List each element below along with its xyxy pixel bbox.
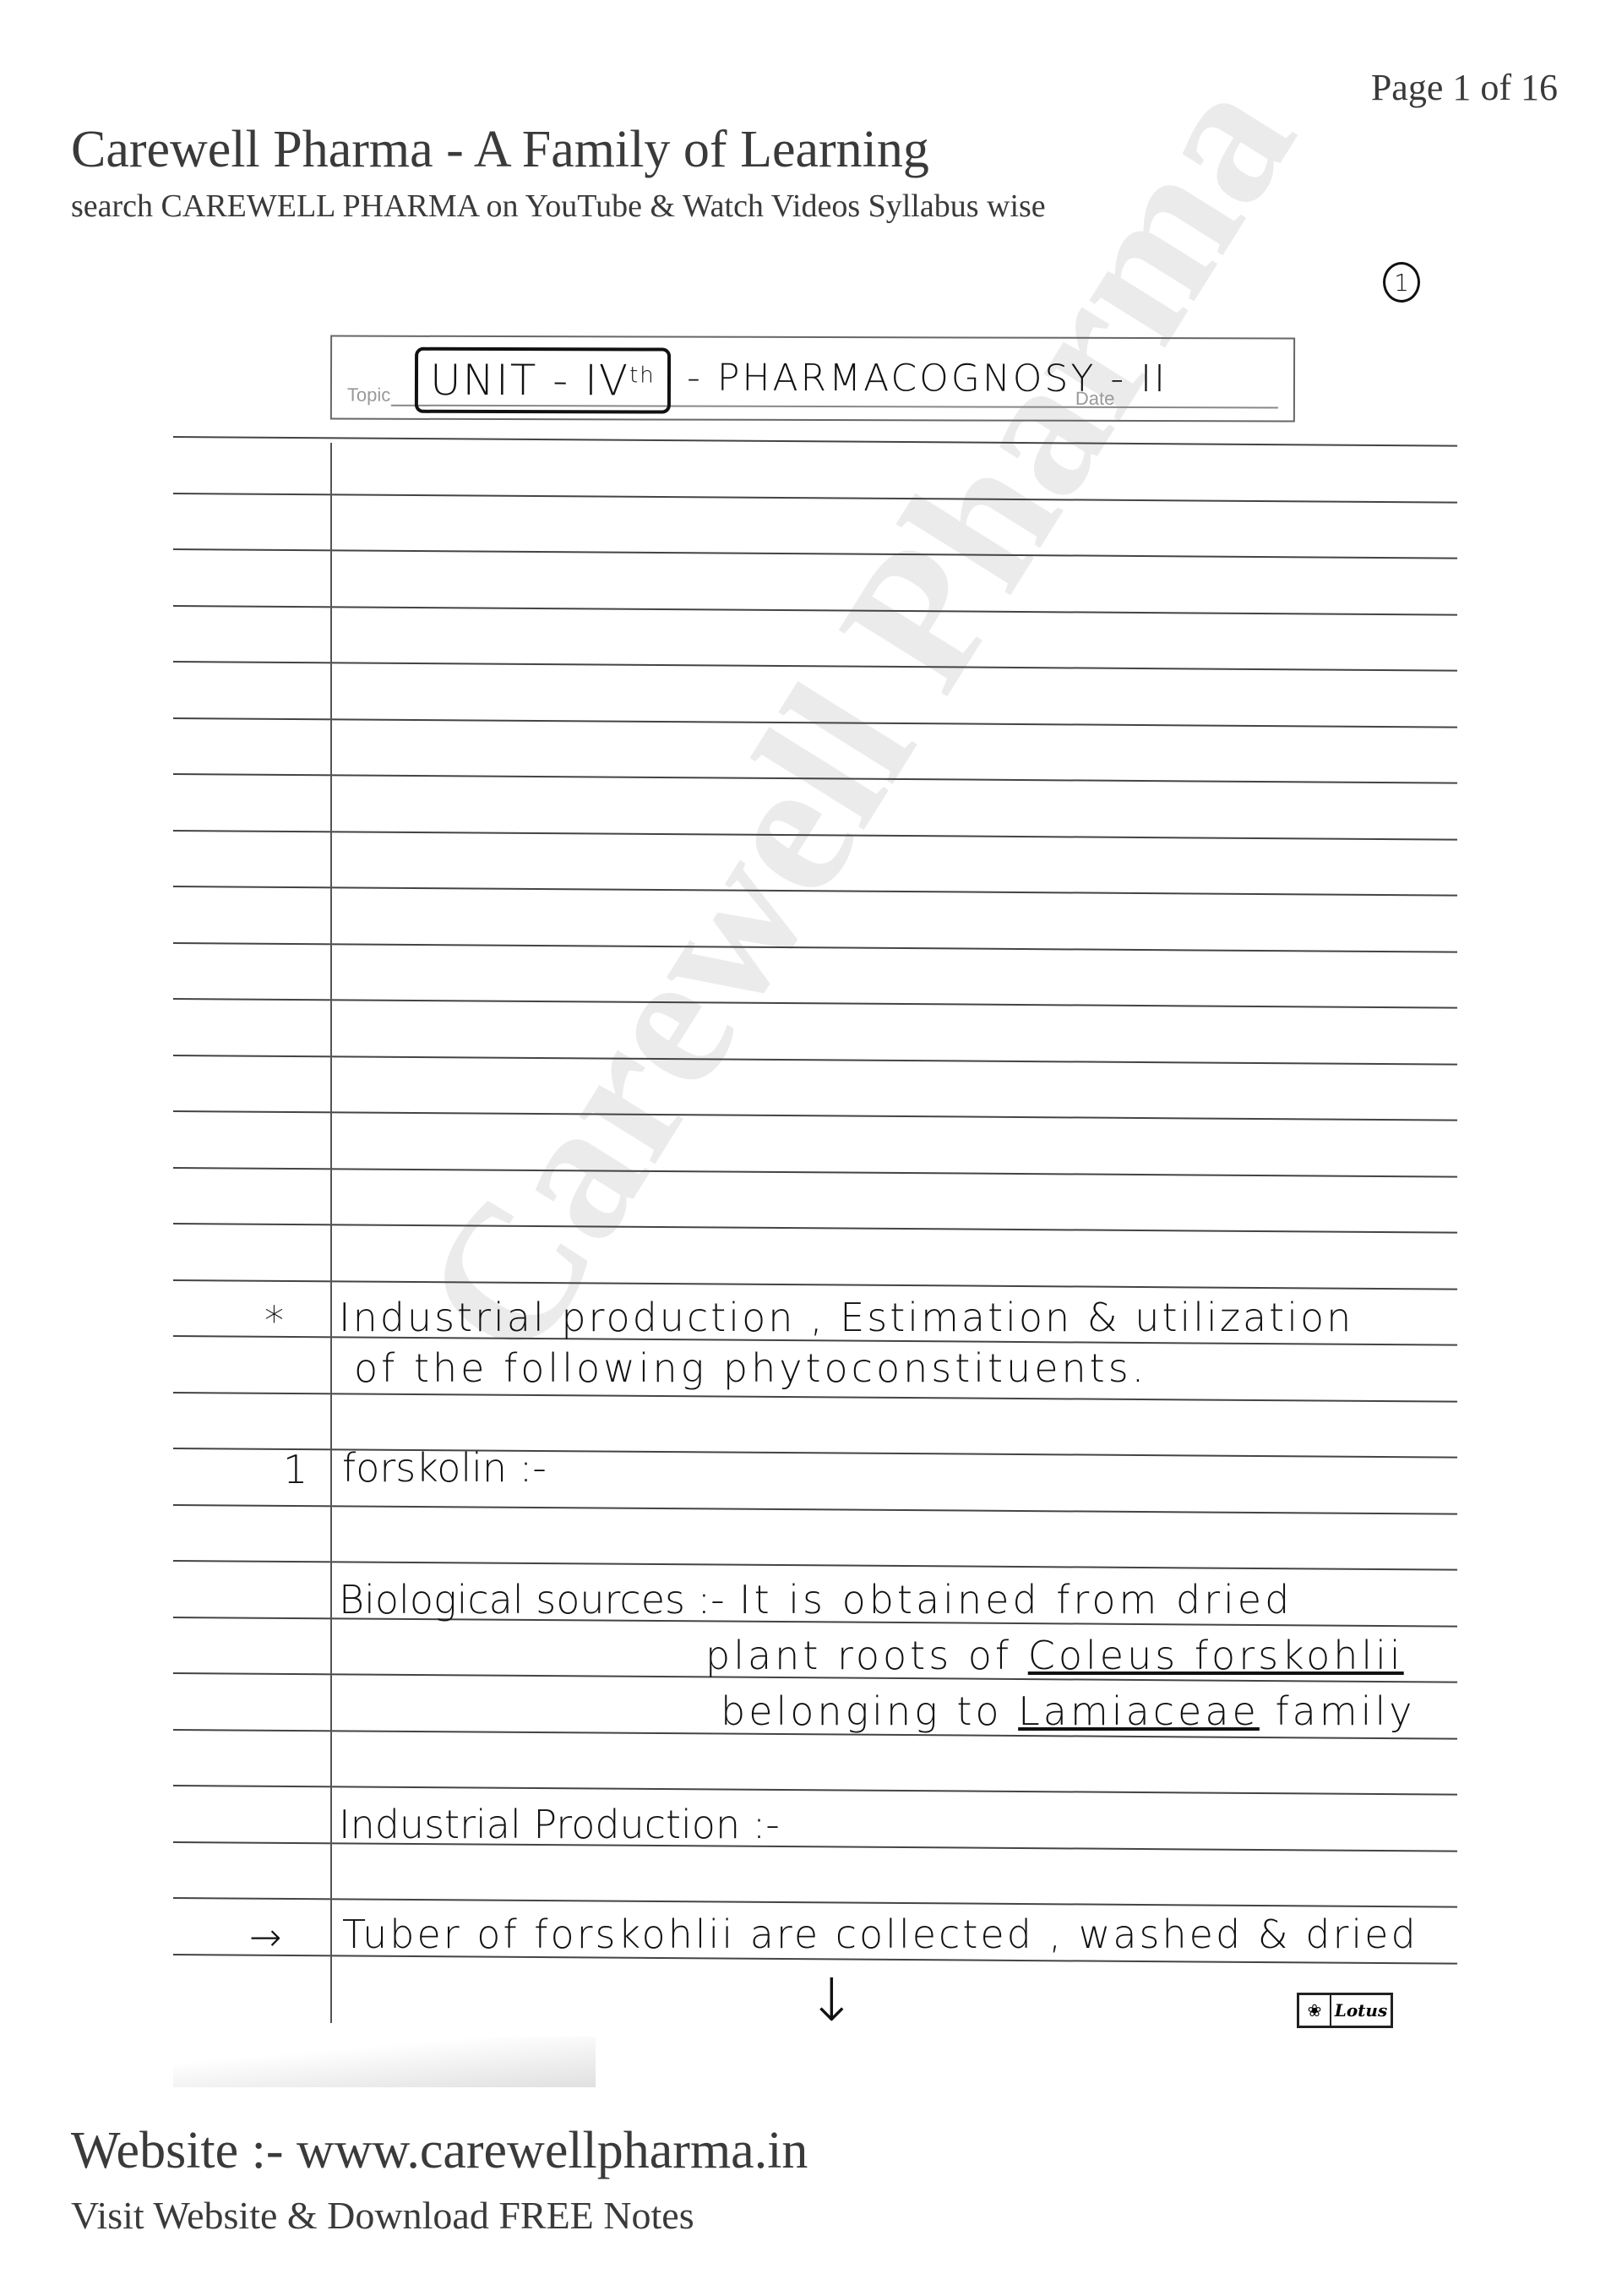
stamp-brand: Lotus: [1331, 1995, 1391, 2026]
unit-suffix: th: [629, 363, 656, 388]
ruled-line: [173, 605, 1457, 616]
footer-website: Website :- www.carewellpharma.in: [71, 2121, 808, 2181]
ruled-line: [173, 773, 1457, 784]
species-name: Coleus forskohlii: [1028, 1633, 1404, 1678]
heading-line-1: Industrial production , Estimation & uti…: [339, 1295, 1353, 1340]
watermark: Carewell Pharma: [376, 39, 1339, 1395]
lotus-icon: ❀: [1299, 1995, 1331, 2026]
topic-label: Topic: [347, 384, 390, 406]
ruled-line: [173, 1167, 1457, 1178]
bio-label: Biological sources :-: [339, 1577, 725, 1622]
ruled-line: [173, 1504, 1457, 1515]
production-heading: Industrial Production :-: [339, 1802, 780, 1847]
bio-line-3-end: family: [1260, 1688, 1416, 1734]
bio-line-3-text: belonging to: [721, 1688, 1018, 1734]
ruled-line: [173, 436, 1457, 447]
lotus-brand-stamp: ❀ Lotus: [1297, 1993, 1393, 2028]
ruled-line: [173, 1223, 1457, 1234]
heading-marker: *: [264, 1298, 284, 1344]
notebook-page: Carewell Pharma 1 Topic Date UNIT - IVth…: [173, 262, 1457, 2087]
item-title: forskolin :-: [342, 1445, 547, 1491]
page-number: Page 1 of 16: [1371, 66, 1558, 109]
unit-box: UNIT - IVth: [415, 347, 671, 414]
ruled-line: [173, 1279, 1457, 1290]
footer-note: Visit Website & Download FREE Notes: [71, 2193, 694, 2238]
ruled-line: [173, 548, 1457, 559]
ruled-line: [173, 830, 1457, 841]
ruled-line: [173, 1897, 1457, 1908]
ruled-line: [173, 493, 1457, 504]
unit-text: UNIT - IV: [430, 356, 629, 406]
bio-line-2-text: plant roots of: [705, 1633, 1028, 1678]
subject-text: - PHARMACOGNOSY - II: [687, 357, 1168, 401]
heading-line-2: of the following phytoconstituents.: [354, 1345, 1147, 1391]
arrow-right-icon: →: [249, 1914, 282, 1960]
ruled-line: [173, 661, 1457, 672]
ruled-line: [173, 1110, 1457, 1121]
bio-line-2: plant roots of Coleus forskohlii: [705, 1633, 1404, 1678]
arrow-down-icon: ↓: [807, 1966, 857, 2035]
item-number: 1: [283, 1447, 308, 1492]
family-name: Lamiaceae: [1018, 1688, 1260, 1734]
step-1: Tuber of forskohlii are collected , wash…: [342, 1912, 1418, 1957]
ruled-line: [173, 1055, 1457, 1066]
brand-title: Carewell Pharma - A Family of Learning: [71, 120, 929, 180]
ruled-line: [173, 717, 1457, 728]
ruled-line: [173, 998, 1457, 1009]
ruled-line: [173, 1785, 1457, 1796]
bio-line-1: It is obtained from dried: [739, 1577, 1293, 1622]
margin-line: [330, 443, 332, 2023]
page-circle-number: 1: [1383, 262, 1420, 303]
page-shadow: [173, 2037, 596, 2087]
ruled-line: [173, 1560, 1457, 1571]
topic-box: Topic Date UNIT - IVth - PHARMACOGNOSY -…: [330, 335, 1295, 423]
ruled-line: [173, 886, 1457, 897]
ruled-line: [173, 1392, 1457, 1403]
brand-subtitle: search CAREWELL PHARMA on YouTube & Watc…: [71, 188, 1046, 225]
bio-line-3: belonging to Lamiaceae family: [721, 1688, 1415, 1734]
ruled-line: [173, 942, 1457, 953]
